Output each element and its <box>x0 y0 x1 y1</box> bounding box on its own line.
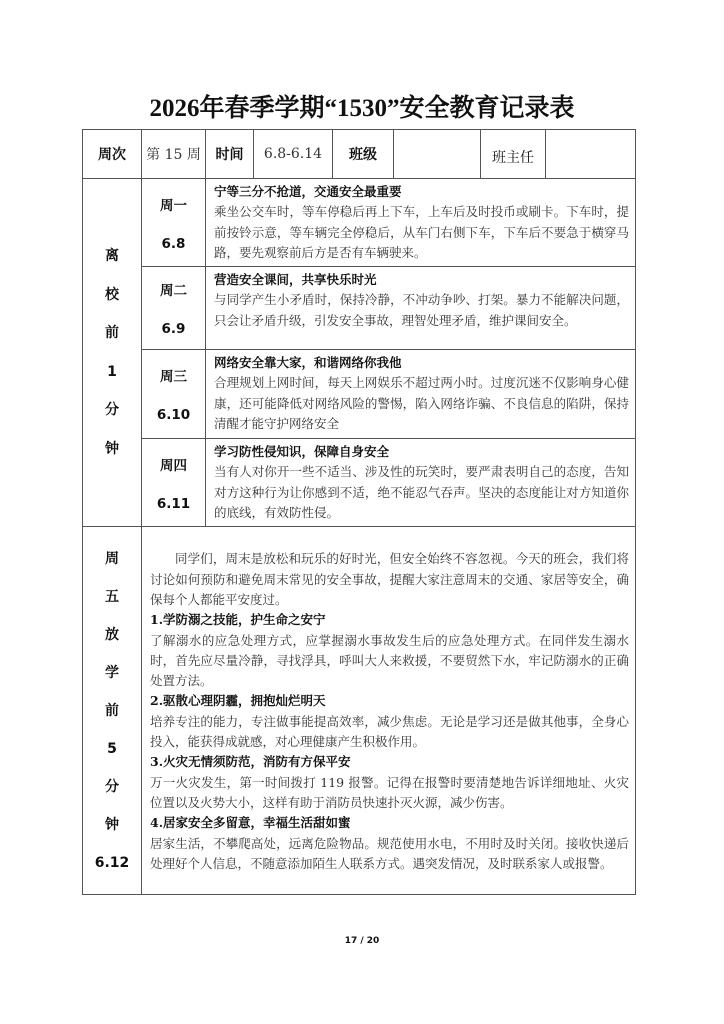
section-char: 离 <box>83 237 141 276</box>
topic-heading: 学习防性侵知识，保障自身安全 <box>214 442 629 462</box>
topic-body: 了解溺水的应急处理方式，应掌握溺水事故发生后的应急处理方式。在同伴发生溺水时，首… <box>150 631 629 692</box>
topic-heading: 4.居家安全多留意，幸福生活甜如蜜 <box>150 813 629 833</box>
topic-heading: 2.驱散心理阴霾，拥抱灿烂明天 <box>150 691 629 711</box>
day-content: 宁等三分不抢道，交通安全最重要 乘坐公交车时，等车停稳后再上下车，上车后及时投币… <box>206 179 636 267</box>
section-char: 分 <box>83 391 141 430</box>
weekday-label: 周四 <box>142 454 205 474</box>
friday-content: 同学们，周末是放松和玩乐的好时光，但安全始终不容忽视。今天的班会，我们将讨论如何… <box>142 527 636 895</box>
week-value: 第 15 周 <box>142 130 206 179</box>
section-char: 放 <box>83 616 141 654</box>
day-row-wednesday: 周三 6.10 网络安全靠大家，和谐网络你我他 合理规划上网时间，每天上网娱乐不… <box>83 350 636 439</box>
day-cell: 周三 6.10 <box>142 350 206 439</box>
friday-row: 周 五 放 学 前 5 分 钟 6.12 同学们，周末是放松和玩乐的好时光，但安… <box>83 527 636 895</box>
topic-body: 居家生活，不攀爬高处，远离危险物品。规范使用水电，不用时及时关闭。接收快递后处理… <box>150 834 629 875</box>
document-title: 2026年春季学期“1530”安全教育记录表 <box>0 88 724 124</box>
topic-body: 与同学产生小矛盾时，保持冷静，不冲动争吵、打架。暴力不能解决问题，只会让矛盾升级… <box>214 290 629 331</box>
day-content: 学习防性侵知识，保障自身安全 当有人对你开一些不适当、涉及性的玩笑时，要严肃表明… <box>206 439 636 527</box>
class-label: 班级 <box>333 130 394 179</box>
date-label: 6.9 <box>142 321 205 337</box>
topic-body: 乘坐公交车时，等车停稳后再上下车，上车后及时投币或刷卡。下车时，提前按铃示意，等… <box>214 202 629 263</box>
section-char: 周 <box>83 540 141 578</box>
weekday-label: 周二 <box>142 279 205 299</box>
header-row: 周次 第 15 周 时间 6.8-6.14 班级 班主任 <box>83 130 636 179</box>
topic-body: 当有人对你开一些不适当、涉及性的玩笑时，要严肃表明自己的态度，告知对方这种行为让… <box>214 462 629 523</box>
page-indicator: 17 / 20 <box>0 936 724 946</box>
class-value <box>394 130 481 179</box>
day-content: 营造安全课间，共享快乐时光 与同学产生小矛盾时，保持冷静，不冲动争吵、打架。暴力… <box>206 267 636 350</box>
topic-heading: 网络安全靠大家，和谐网络你我他 <box>214 353 629 373</box>
date-label: 6.10 <box>142 407 205 423</box>
date-label: 6.8 <box>142 236 205 252</box>
day-row-tuesday: 周二 6.9 营造安全课间，共享快乐时光 与同学产生小矛盾时，保持冷静，不冲动争… <box>83 267 636 350</box>
day-cell: 周一 6.8 <box>142 179 206 267</box>
section-char: 6.12 <box>83 844 141 882</box>
section-char: 学 <box>83 654 141 692</box>
section-char: 5 <box>83 730 141 768</box>
day-cell: 周二 6.9 <box>142 267 206 350</box>
friday-section-label: 周 五 放 学 前 5 分 钟 6.12 <box>83 527 142 895</box>
topic-body: 培养专注的能力，专注做事能提高效率，减少焦虑。无论是学习还是做其他事，全身心投入… <box>150 712 629 753</box>
date-label: 6.11 <box>142 496 205 512</box>
time-value: 6.8-6.14 <box>254 130 333 179</box>
teacher-value <box>546 130 636 179</box>
safety-record-table: 周次 第 15 周 时间 6.8-6.14 班级 班主任 离 校 前 1 分 钟… <box>82 129 636 895</box>
day-row-monday: 离 校 前 1 分 钟 周一 6.8 宁等三分不抢道，交通安全最重要 乘坐公交车… <box>83 179 636 267</box>
section-char: 分 <box>83 768 141 806</box>
before-school-section-label: 离 校 前 1 分 钟 <box>83 179 142 527</box>
day-content: 网络安全靠大家，和谐网络你我他 合理规划上网时间，每天上网娱乐不超过两小时。过度… <box>206 350 636 439</box>
topic-heading: 宁等三分不抢道，交通安全最重要 <box>214 182 629 202</box>
section-char: 前 <box>83 692 141 730</box>
week-label: 周次 <box>83 130 142 179</box>
topic-body: 合理规划上网时间，每天上网娱乐不超过两小时。过度沉迷不仅影响身心健康，还可能降低… <box>214 373 629 434</box>
section-char: 五 <box>83 578 141 616</box>
time-label: 时间 <box>206 130 254 179</box>
day-row-thursday: 周四 6.11 学习防性侵知识，保障自身安全 当有人对你开一些不适当、涉及性的玩… <box>83 439 636 527</box>
section-char: 前 <box>83 314 141 353</box>
topic-heading: 营造安全课间，共享快乐时光 <box>214 270 629 290</box>
section-char: 1 <box>83 353 141 392</box>
topic-heading: 3.火灾无情须防范，消防有方保平安 <box>150 752 629 772</box>
day-cell: 周四 6.11 <box>142 439 206 527</box>
section-char: 钟 <box>83 430 141 469</box>
topic-body: 万一火灾发生，第一时间拨打 119 报警。记得在报警时要清楚地告诉详细地址、火灾… <box>150 773 629 814</box>
section-char: 钟 <box>83 806 141 844</box>
friday-intro: 同学们，周末是放松和玩乐的好时光，但安全始终不容忽视。今天的班会，我们将讨论如何… <box>150 549 629 610</box>
weekday-label: 周一 <box>142 194 205 214</box>
section-char: 校 <box>83 276 141 315</box>
topic-heading: 1.学防溺之技能，护生命之安宁 <box>150 610 629 630</box>
teacher-label: 班主任 <box>481 130 546 179</box>
weekday-label: 周三 <box>142 365 205 385</box>
